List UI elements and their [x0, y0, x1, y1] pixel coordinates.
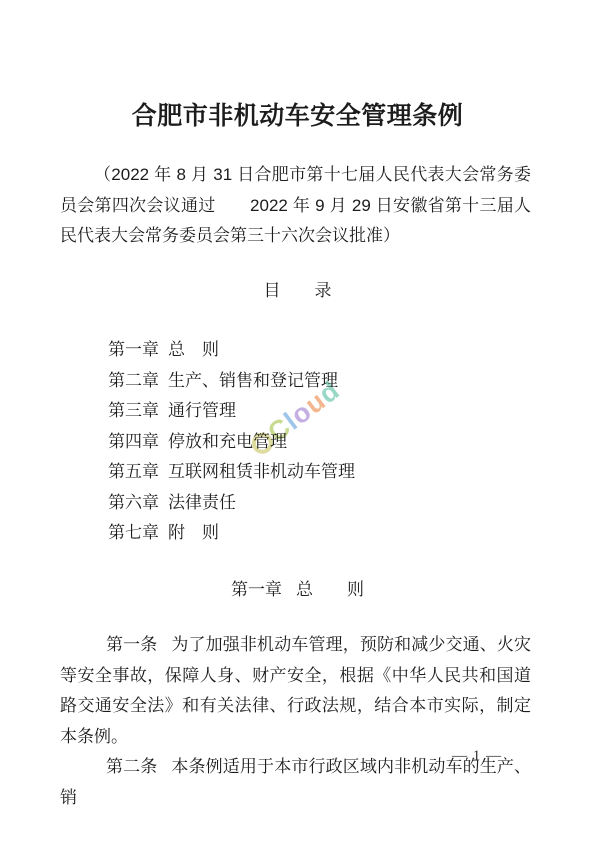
toc-item: 第五章 互联网租赁非机动车管理 [108, 457, 355, 488]
body-text: 第一条为了加强非机动车管理，预防和减少交通、火灾等安全事故，保障人身、财产安全，… [60, 630, 531, 813]
toc-item: 第一章 总 则 [108, 335, 355, 366]
toc-chapter-number: 第五章 [108, 457, 159, 488]
toc-chapter-title: 通行管理 [168, 396, 236, 427]
toc-chapter-title: 生产、销售和登记管理 [168, 366, 338, 397]
toc-item: 第六章 法律责任 [108, 488, 355, 519]
page-number: — 1 — [452, 748, 502, 765]
toc-chapter-title: 总 则 [168, 335, 219, 366]
toc-chapter-number: 第四章 [108, 427, 159, 458]
toc-list: 第一章 总 则 第二章 生产、销售和登记管理 第三章 通行管理 第四章 停放和充… [108, 335, 355, 549]
chapter-heading-title: 总 则 [296, 580, 364, 599]
toc-chapter-number: 第一章 [108, 335, 159, 366]
article-paragraph: 第一条为了加强非机动车管理，预防和减少交通、火灾等安全事故，保障人身、财产安全，… [60, 630, 531, 752]
toc-item: 第四章 停放和充电管理 [108, 427, 355, 458]
document-page: C l o u d 合肥市非机动车安全管理条例 （2022 年 8 月 31 日… [0, 0, 595, 841]
chapter-heading-number: 第一章 [231, 580, 282, 599]
toc-chapter-title: 法律责任 [168, 488, 236, 519]
toc-chapter-title: 附 则 [168, 518, 219, 549]
article-label: 第一条 [106, 635, 157, 654]
toc-heading: 目 录 [60, 276, 535, 307]
toc-chapter-title: 互联网租赁非机动车管理 [168, 457, 355, 488]
toc-chapter-number: 第三章 [108, 396, 159, 427]
chapter-heading: 第一章总 则 [60, 575, 535, 606]
toc-chapter-number: 第六章 [108, 488, 159, 519]
document-title: 合肥市非机动车安全管理条例 [60, 96, 535, 132]
article-label: 第二条 [106, 757, 157, 776]
toc-chapter-title: 停放和充电管理 [168, 427, 287, 458]
toc-chapter-number: 第二章 [108, 366, 159, 397]
toc-item: 第二章 生产、销售和登记管理 [108, 366, 355, 397]
preamble-paragraph: （2022 年 8 月 31 日合肥市第十七届人民代表大会常务委员会第四次会议通… [60, 160, 531, 252]
toc-chapter-number: 第七章 [108, 518, 159, 549]
toc-item: 第七章 附 则 [108, 518, 355, 549]
toc-item: 第三章 通行管理 [108, 396, 355, 427]
